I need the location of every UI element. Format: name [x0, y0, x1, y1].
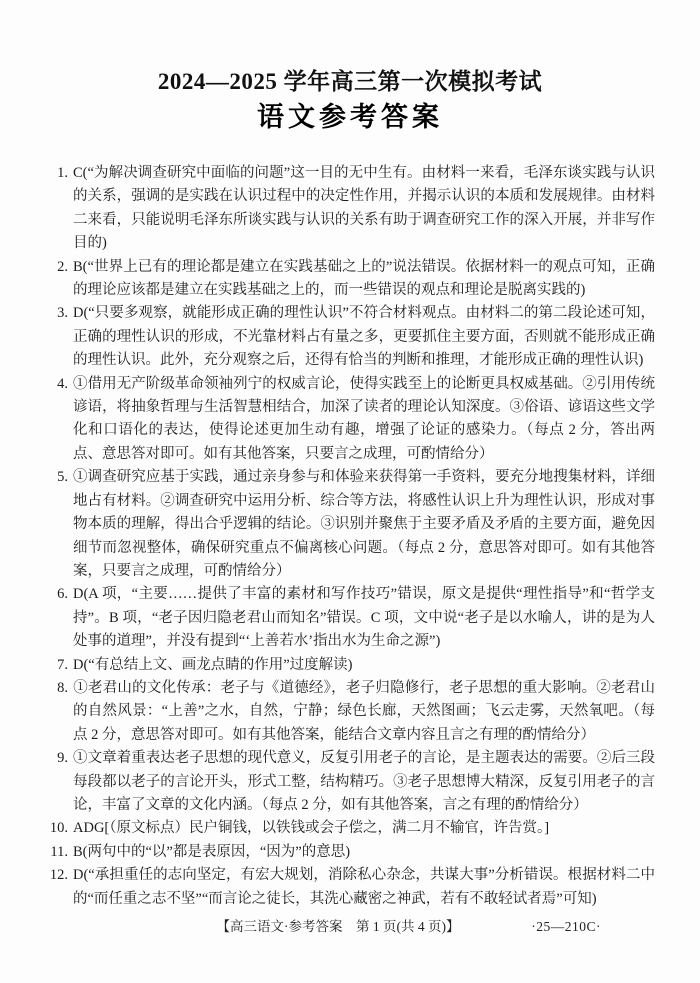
answer-item-8: 8.①老君山的文化传承：老子与《道德经》，老子归隐修行，老子思想的重大影响。②老…	[47, 677, 655, 747]
answer-number: 2.	[47, 256, 73, 279]
answer-item-2: 2.B(“世界上已有的理论都是建立在实践基础之上的”说法错误。依据材料一的观点可…	[47, 256, 655, 303]
answer-text: D(“只要多观察，就能形成正确的理性认识”不符合材料观点。由材料二的第二段论述可…	[73, 305, 655, 368]
answer-text: B(两句中的“以”都是表原因，“因为”的意思)	[73, 844, 350, 860]
answer-text: ①借用无产阶级革命领袖列宁的权威言论，使得实践至上的论断更具权威基础。②引用传统…	[73, 376, 655, 462]
answer-item-5: 5.①调查研究应基于实践，通过亲身参与和体验来获得第一手资料，要充分地搜集材料，…	[47, 466, 655, 583]
answer-item-11: 11.B(两句中的“以”都是表原因，“因为”的意思)	[47, 841, 655, 864]
answer-number: 9.	[47, 747, 73, 770]
answer-text: D(A 项，“主要……提供了丰富的素材和写作技巧”错误，原文是提供“理性指导”和…	[73, 586, 655, 649]
answer-item-7: 7.D(“有总结上文、画龙点睛的作用”过度解读)	[47, 654, 655, 677]
answer-text: ①老君山的文化传承：老子与《道德经》，老子归隐修行，老子思想的重大影响。②老君山…	[73, 680, 655, 743]
answer-text: C(“为解决调查研究中面临的问题”这一目的无中生有。由材料一来看，毛泽东谈实践与…	[73, 165, 655, 251]
page-title: 语文参考答案	[0, 101, 700, 133]
document-header: 2024—2025 学年高三第一次模拟考试 语文参考答案	[0, 68, 700, 133]
answer-number: 3.	[47, 302, 73, 325]
answer-item-1: 1.C(“为解决调查研究中面临的问题”这一目的无中生有。由材料一来看，毛泽东谈实…	[47, 162, 655, 256]
answer-number: 5.	[47, 466, 73, 489]
answers-list: 1.C(“为解决调查研究中面临的问题”这一目的无中生有。由材料一来看，毛泽东谈实…	[47, 162, 655, 911]
answer-text: ①文章着重表达老子思想的现代意义，反复引用老子的言论，是主题表达的需要。②后三段…	[73, 750, 655, 813]
answer-number: 10.	[47, 817, 73, 840]
answer-text: D(“有总结上文、画龙点睛的作用”过度解读)	[73, 657, 353, 673]
answer-item-4: 4.①借用无产阶级革命领袖列宁的权威言论，使得实践至上的论断更具权威基础。②引用…	[47, 373, 655, 467]
answer-number: 12.	[47, 864, 73, 887]
answer-text: D(“承担重任的志向坚定，有宏大规划，消除私心杂念，共谋大事”分析错误。根据材料…	[73, 867, 655, 906]
answer-item-6: 6.D(A 项，“主要……提供了丰富的素材和写作技巧”错误，原文是提供“理性指导…	[47, 583, 655, 653]
answer-item-9: 9.①文章着重表达老子思想的现代意义，反复引用老子的言论，是主题表达的需要。②后…	[47, 747, 655, 817]
answer-item-10: 10.ADG[（原文标点）民户铜钱，以铁钱或会子偿之，满二月不输官，许告赏。]	[47, 817, 655, 840]
answer-number: 6.	[47, 583, 73, 606]
answer-number: 8.	[47, 677, 73, 700]
answer-text: B(“世界上已有的理论都是建立在实践基础之上的”说法错误。依据材料一的观点可知，…	[73, 259, 655, 298]
answer-number: 7.	[47, 654, 73, 677]
answer-number: 1.	[47, 162, 73, 185]
answer-text: ADG[（原文标点）民户铜钱，以铁钱或会子偿之，满二月不输官，许告赏。]	[73, 820, 549, 836]
answer-item-12: 12.D(“承担重任的志向坚定，有宏大规划，消除私心杂念，共谋大事”分析错误。根…	[47, 864, 655, 911]
answer-number: 11.	[47, 841, 73, 864]
answer-item-3: 3.D(“只要多观察，就能形成正确的理性认识”不符合材料观点。由材料二的第二段论…	[47, 302, 655, 372]
answer-sheet-page: 2024—2025 学年高三第一次模拟考试 语文参考答案 1.C(“为解决调查研…	[0, 0, 700, 983]
page-footer: 【高三语文·参考答案 第 1 页(共 4 页)】 ·25—210C·	[0, 918, 700, 936]
footer-paper-code: ·25—210C·	[531, 918, 601, 936]
answer-number: 4.	[47, 373, 73, 396]
exam-title: 2024—2025 学年高三第一次模拟考试	[0, 68, 700, 96]
answer-text: ①调查研究应基于实践，通过亲身参与和体验来获得第一手资料，要充分地搜集材料，详细…	[73, 469, 655, 579]
